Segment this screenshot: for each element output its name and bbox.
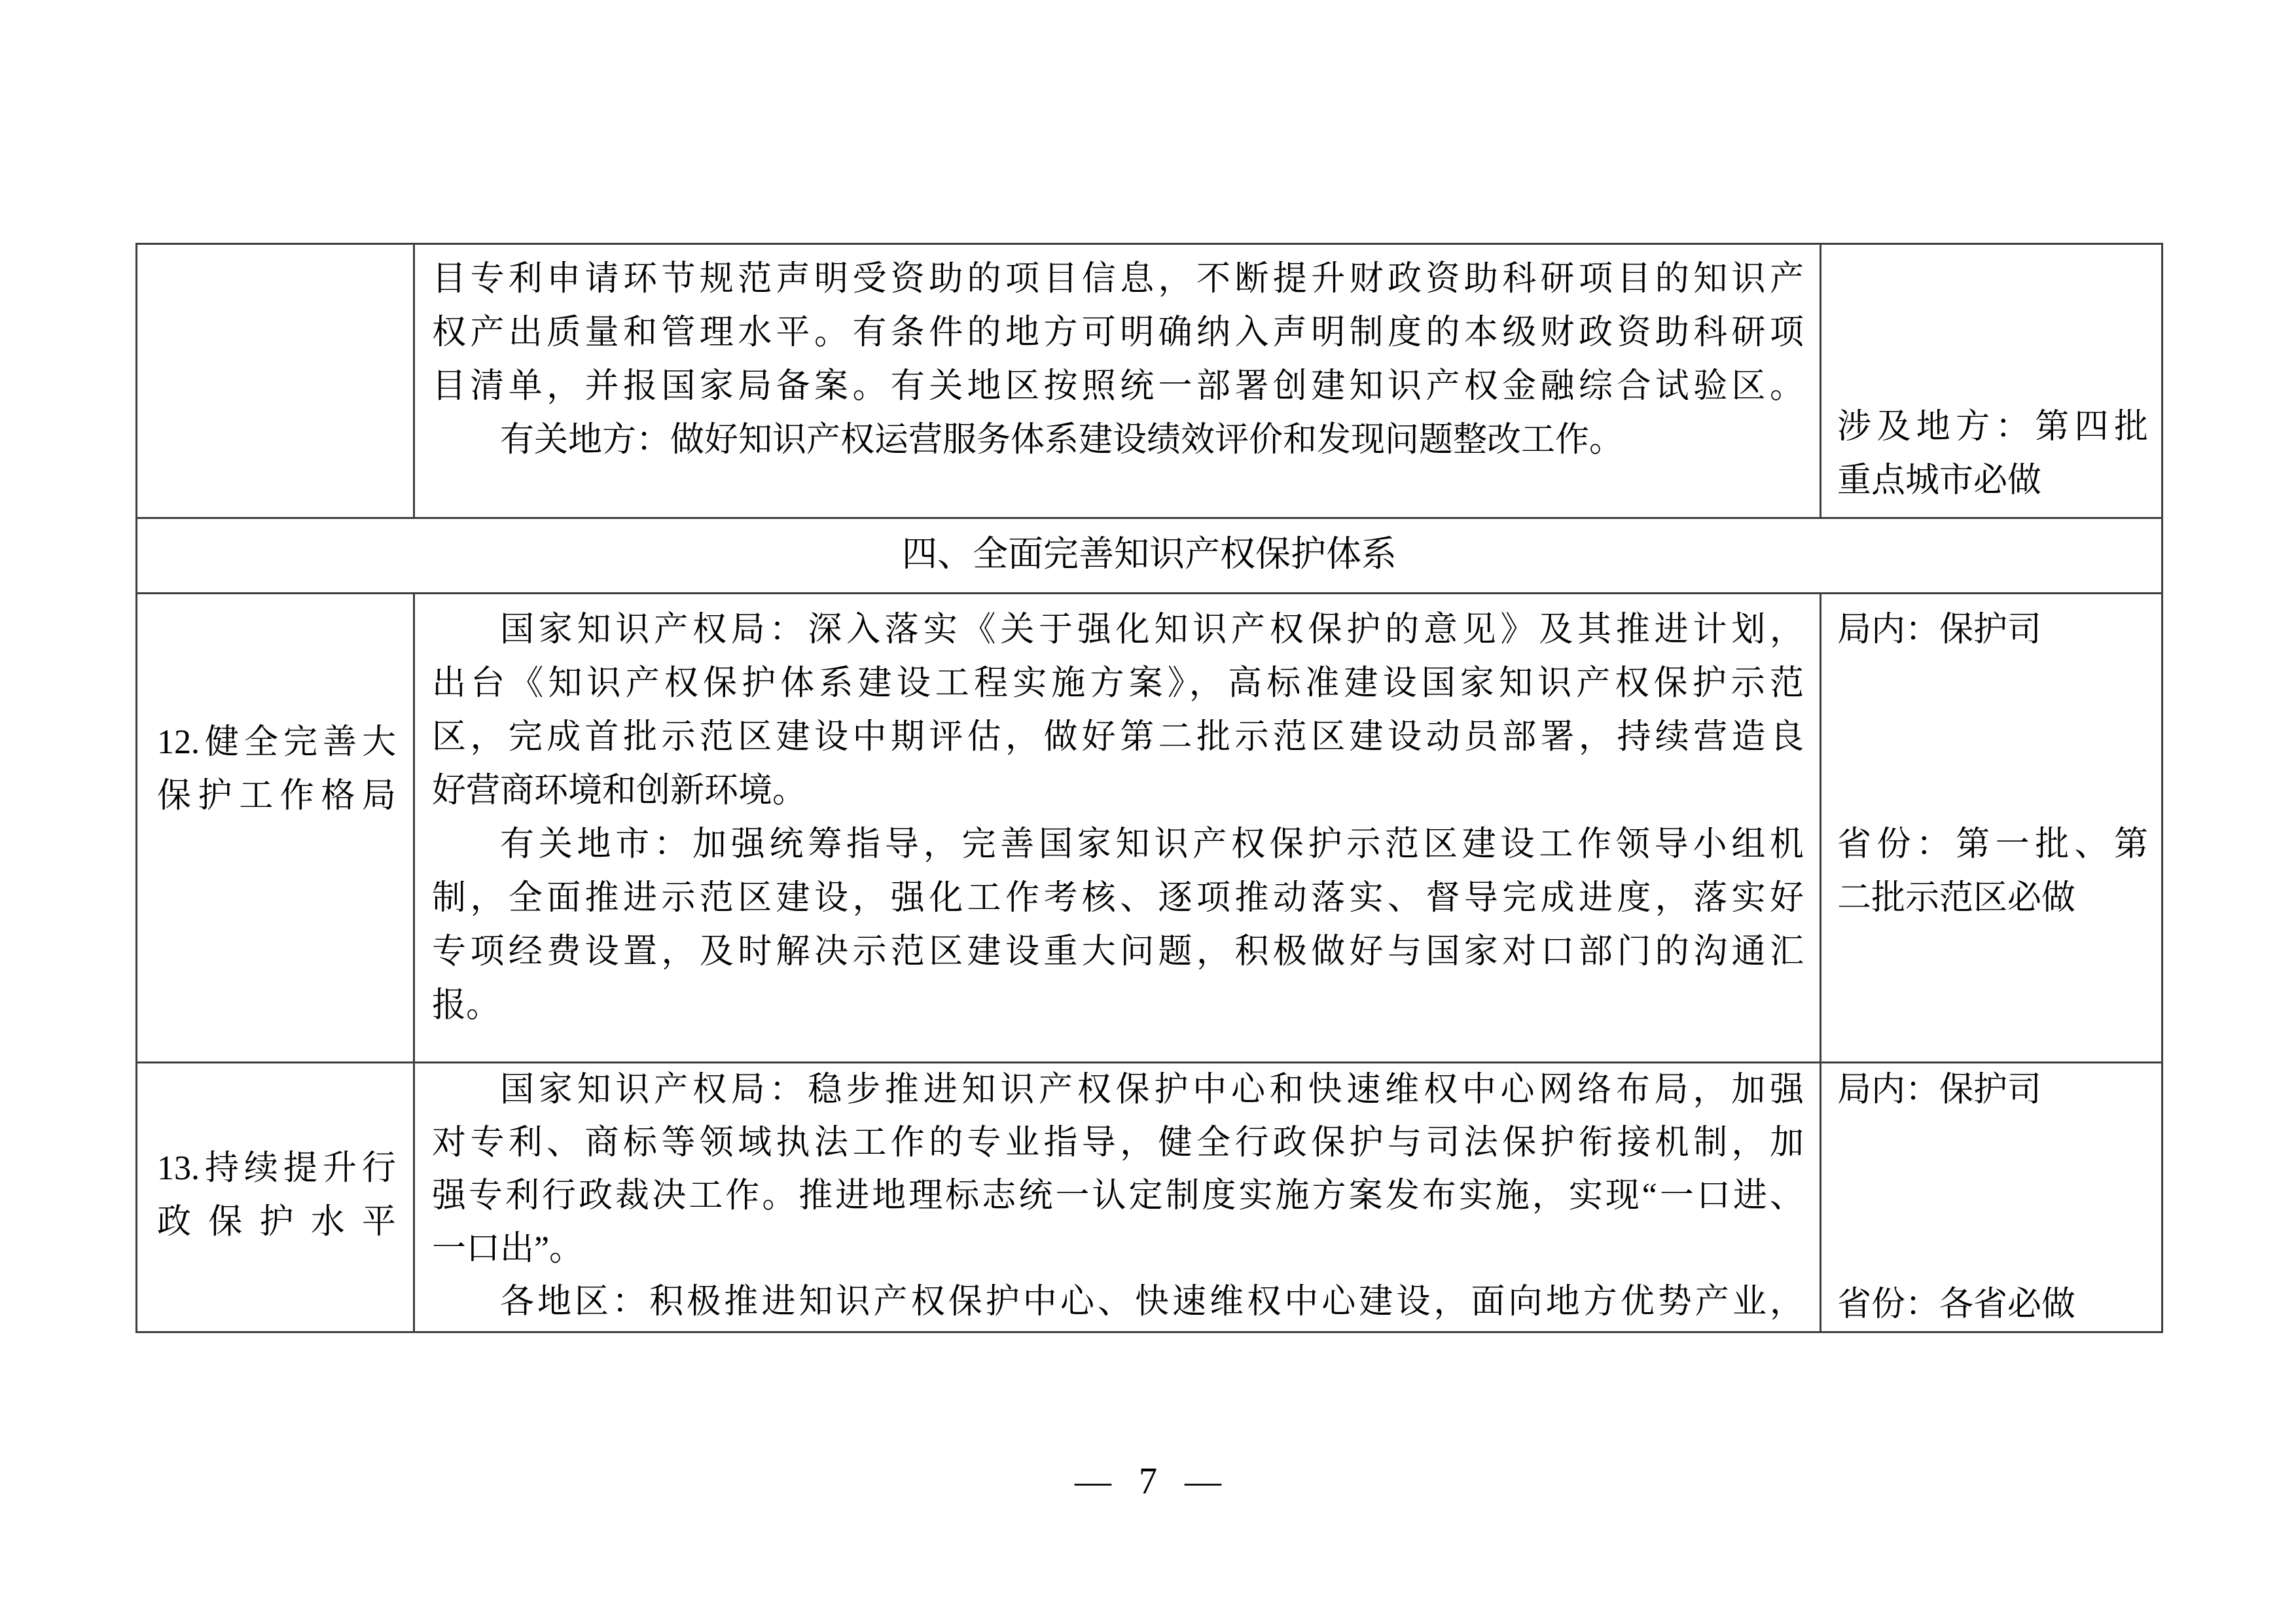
section-header-title: 四、全面完善知识产权保护体系 — [902, 535, 1397, 574]
document-page: { "colors":{ "text":"#000000", "border":… — [0, 0, 2296, 1623]
measure-line: 报。 — [432, 979, 1804, 1033]
measure-line: 出台《知识产权保护体系建设工程实施方案》，高标准建设国家知识产权保护示范 — [432, 657, 1804, 711]
measure-line: 国家知识产权局：稳步推进知识产权保护中心和快速维权中心网络布局，加强 — [432, 1063, 1804, 1116]
page-number-value: 7 — [1139, 1461, 1157, 1502]
page-number: —7— — [0, 1458, 2296, 1505]
task13-label-cell: 13.持续提升行 政保护水平 — [137, 1063, 415, 1331]
continuation-label-cell — [137, 245, 415, 519]
measure-line: 有关地市：加强统筹指导，完善国家知识产权保护示范区建设工作领导小组机 — [432, 818, 1804, 872]
task-label-line: 12.健全完善大 — [157, 716, 396, 770]
task13-scope-cell: 局内：保护司 省份：各省必做 — [1821, 1063, 2161, 1331]
page-number-left-dash: — — [1075, 1461, 1111, 1502]
continuation-scope-cell: 涉及地方：第四批 重点城市必做 — [1821, 245, 2161, 519]
measure-line: 好营商环境和创新环境。 — [432, 764, 1804, 818]
page-number-right-dash: — — [1185, 1461, 1221, 1502]
scope-internal-dept: 局内：保护司 — [1837, 1063, 2148, 1117]
measure-line: 目清单，并报国家局备案。有关地区按照统一部署创建知识产权金融综合试验区。 — [432, 360, 1804, 414]
task12-measures-cell: 国家知识产权局：深入落实《关于强化知识产权保护的意见》及其推进计划， 出台《知识… — [415, 594, 1821, 1063]
measure-line: 权产出质量和管理水平。有条件的地方可明确纳入声明制度的本级财政资助科研项 — [432, 306, 1804, 360]
task13-measures-cell: 国家知识产权局：稳步推进知识产权保护中心和快速维权中心网络布局，加强 对专利、商… — [415, 1063, 1821, 1331]
measure-line: 强专利行政裁决工作。推进地理标志统一认定制度实施方案发布实施，实现“一口进、 — [432, 1169, 1804, 1222]
measure-line: 制，全面推进示范区建设，强化工作考核、逐项推动落实、督导完成进度，落实好 — [432, 872, 1804, 925]
task12-label-cell: 12.健全完善大 保护工作格局 — [137, 594, 415, 1063]
section-header-row: 四、全面完善知识产权保护体系 — [137, 519, 2161, 594]
measure-line: 专项经费设置，及时解决示范区建设重大问题，积极做好与国家对口部门的沟通汇 — [432, 925, 1804, 979]
measure-line: 一口出”。 — [432, 1222, 1804, 1275]
measure-line: 国家知识产权局：深入落实《关于强化知识产权保护的意见》及其推进计划， — [432, 603, 1804, 657]
measure-line: 各地区：积极推进知识产权保护中心、快速维权中心建设，面向地方优势产业， — [432, 1275, 1804, 1329]
measure-line: 有关地方：做好知识产权运营服务体系建设绩效评价和发现问题整改工作。 — [432, 414, 1804, 467]
work-plan-table: 目专利申请环节规范声明受资助的项目信息，不断提升财政资助科研项目的知识产 权产出… — [135, 243, 2163, 1333]
continuation-measures-cell: 目专利申请环节规范声明受资助的项目信息，不断提升财政资助科研项目的知识产 权产出… — [415, 245, 1821, 519]
measure-line: 对专利、商标等领域执法工作的专业指导，健全行政保护与司法保护衔接机制，加 — [432, 1116, 1804, 1169]
scope-province-line: 省份：各省必做 — [1837, 1278, 2148, 1331]
task-label-line: 保护工作格局 — [157, 770, 396, 823]
measure-line: 目专利申请环节规范声明受资助的项目信息，不断提升财政资助科研项目的知识产 — [432, 253, 1804, 306]
task-label-line: 政保护水平 — [157, 1196, 396, 1249]
scope-line: 涉及地方：第四批 — [1837, 401, 2148, 454]
task12-scope-cell: 局内：保护司 省份：第一批、第 二批示范区必做 — [1821, 594, 2161, 1063]
scope-line: 重点城市必做 — [1837, 454, 2148, 508]
task-label-line: 13.持续提升行 — [157, 1142, 396, 1196]
scope-province-line: 省份：第一批、第 — [1837, 818, 2148, 872]
measure-line: 区，完成首批示范区建设中期评估，做好第二批示范区建设动员部署，持续营造良 — [432, 711, 1804, 764]
scope-internal-dept: 局内：保护司 — [1837, 603, 2148, 657]
scope-province-line: 二批示范区必做 — [1837, 872, 2148, 925]
